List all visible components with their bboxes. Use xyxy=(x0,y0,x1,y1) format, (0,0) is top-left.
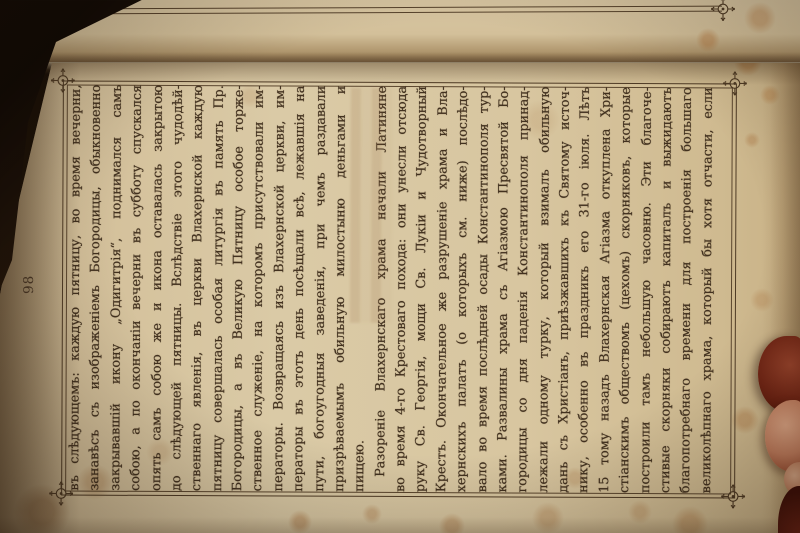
text-line: лежали одному турку, который взималъ оби… xyxy=(534,87,556,493)
text-line: собою, а по окончаніи вечерни въ субботу… xyxy=(126,85,148,491)
text-line: ператоры. Возвращаясь изъ Влахернской це… xyxy=(269,85,291,491)
page-content-group: 98 въ слѣдующемъ: каждую пятницу, во вре… xyxy=(0,0,800,533)
text-line: стіанскимъ обществомъ (цехомъ) скорняков… xyxy=(615,87,637,493)
text-line: въ слѣдующемъ: каждую пятницу, во время … xyxy=(65,85,87,491)
text-line: во время 4-го Крестоваго похода: они уне… xyxy=(391,86,413,492)
text-line: нику, особенно въ праздникъ его 31-го ію… xyxy=(574,87,596,493)
text-line: благопотребнаго времени для построенія б… xyxy=(676,87,698,493)
ink-bleedthrough-smudge xyxy=(350,88,393,323)
text-line: Богородицы, а въ Великую Пятницу особое … xyxy=(228,85,250,491)
text-line: ственное служеніе, на которомъ присутств… xyxy=(248,85,270,491)
text-line: городицы со дня паденія Константинополя … xyxy=(513,87,535,493)
frame-corner-ornament-icon xyxy=(722,70,748,96)
text-line: построили тамъ небольшую часовню. Эти бл… xyxy=(636,87,658,493)
text-line: стивые скорняки собираютъ капиталъ и выж… xyxy=(656,87,678,493)
text-line: вало во время послѣдней осады Константин… xyxy=(473,86,495,492)
page-number-wrapper: 98 xyxy=(19,266,39,302)
text-line: ственнаго явленія, въ церкви Влахернской… xyxy=(187,85,209,491)
text-line: Крестъ. Окончательное же разрушеніе храм… xyxy=(432,86,454,492)
text-line: руку Св. Георгія, мощи Св. Лукіи и Чудот… xyxy=(411,86,433,492)
text-line: дань съ Христіанъ, приѣзжавшихъ къ Свято… xyxy=(554,87,576,493)
text-line: ператоры въ этотъ день посѣщали всѣ, леж… xyxy=(289,86,311,492)
text-line: занавѣсъ съ изображеніемъ Богородицы, об… xyxy=(85,85,107,491)
text-line: закрывавшій икону „Одигитрія“, поднималс… xyxy=(106,85,128,491)
text-line: хернскихъ палатъ (о которыхъ см. ниже) п… xyxy=(452,86,474,492)
text-line: до слѣдующей пятницы. Вслѣдствіе этого ч… xyxy=(167,85,189,491)
text-line: великолѣпнаго храма, который бы хотя отч… xyxy=(697,87,719,493)
text-line: опять самъ собою же и икона оставалась з… xyxy=(147,85,169,491)
page-number: 98 xyxy=(19,266,39,302)
photo-of-book-page: 98 въ слѣдующемъ: каждую пятницу, во вре… xyxy=(0,0,800,533)
text-line: призрѣваемымъ обильную милостыню деньгам… xyxy=(330,86,352,492)
text-line: пути, богоугодныя заведенія, при чемъ ра… xyxy=(310,86,332,492)
frame-corner-ornament-icon xyxy=(720,483,746,509)
text-line: ками. Развалины храма съ Агіазмою Пресвя… xyxy=(493,86,515,492)
text-line: 15 тому назадъ Влахернская Агіазма откуп… xyxy=(595,87,617,493)
text-line: пятницу совершалась особая литургія въ п… xyxy=(208,85,230,491)
